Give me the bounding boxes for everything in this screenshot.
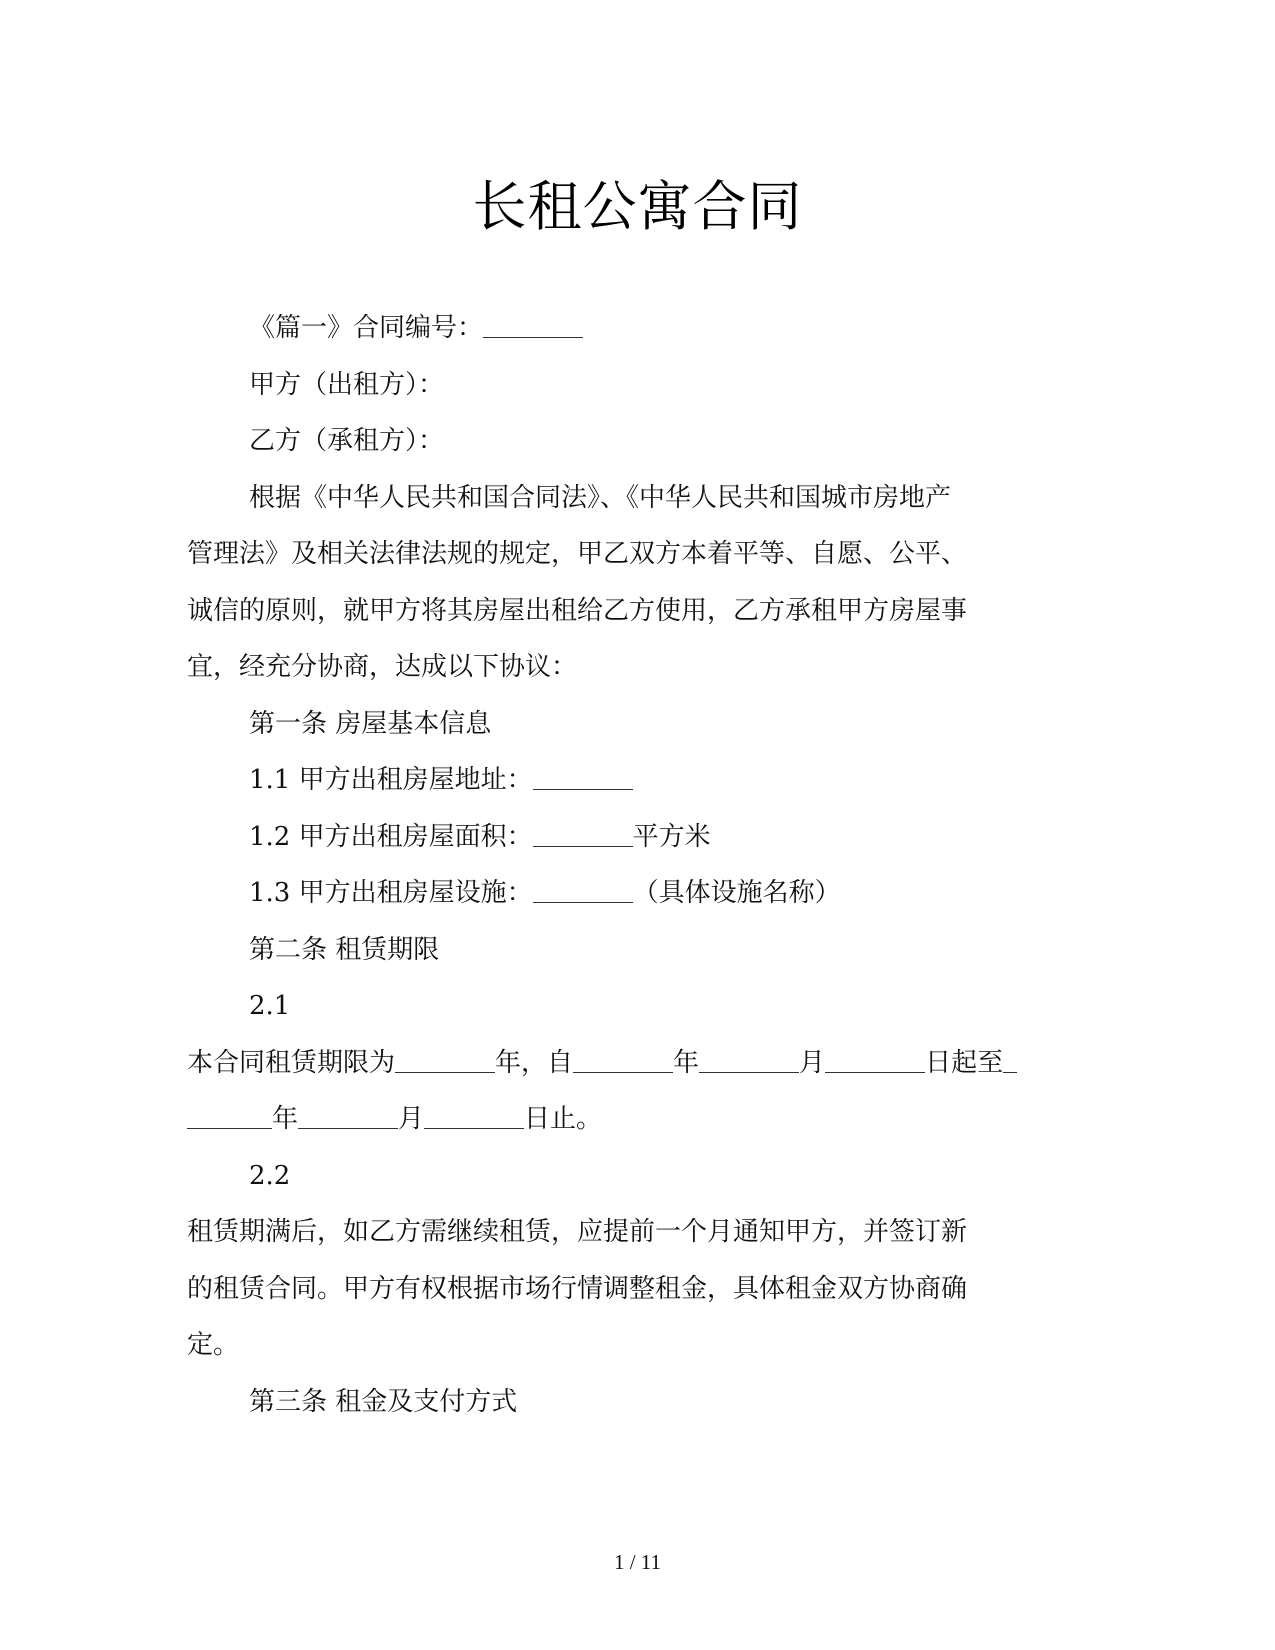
item-2-2-line: 租赁期满后，如乙方需继续租赁，应提前一个月通知甲方，并签订新: [187, 1204, 1067, 1261]
item-1-1: 1.1 甲方出租房屋地址：: [187, 752, 1067, 809]
document-page: 长租公寓合同 《篇一》合同编号： 甲方（出租方）： 乙方（承租方）： 根据《中华…: [0, 0, 1275, 1650]
item-1-3-label: 1.3 甲方出租房屋设施：: [249, 878, 533, 908]
preamble-line: 管理法》及相关法律法规的规定，甲乙双方本着平等、自愿、公平、: [187, 526, 1067, 583]
text-segment: 日止。: [524, 1104, 602, 1134]
article-3-heading: 第三条 租金及支付方式: [187, 1374, 1067, 1431]
item-2-2-number: 2.2: [187, 1148, 1067, 1205]
article-1-heading: 第一条 房屋基本信息: [187, 696, 1067, 753]
item-1-3-suffix: （具体设施名称）: [633, 878, 841, 908]
end-year-blank-start[interactable]: [1003, 1050, 1017, 1073]
text-segment: 年: [673, 1048, 699, 1078]
start-year-blank[interactable]: [573, 1050, 673, 1073]
item-1-2: 1.2 甲方出租房屋面积：平方米: [187, 809, 1067, 866]
text-segment: 日起至: [925, 1048, 1003, 1078]
lease-term-label: 本合同租赁期限为: [187, 1048, 395, 1078]
contract-number-line: 《篇一》合同编号：: [187, 300, 1067, 357]
article-2-heading: 第二条 租赁期限: [187, 922, 1067, 979]
item-2-2-line: 的租赁合同。甲方有权根据市场行情调整租金，具体租金双方协商确: [187, 1261, 1067, 1318]
address-blank[interactable]: [533, 767, 633, 790]
text-segment: 月: [398, 1104, 424, 1134]
start-month-blank[interactable]: [699, 1050, 799, 1073]
item-1-2-label: 1.2 甲方出租房屋面积：: [249, 822, 533, 852]
item-1-2-suffix: 平方米: [633, 822, 711, 852]
text-segment: 月: [799, 1048, 825, 1078]
item-1-3: 1.3 甲方出租房屋设施：（具体设施名称）: [187, 865, 1067, 922]
document-title: 长租公寓合同: [0, 172, 1275, 242]
end-year-blank[interactable]: [187, 1106, 272, 1129]
page-number: 1 / 11: [0, 1550, 1275, 1575]
contract-number-label: 《篇一》合同编号：: [249, 313, 483, 343]
end-month-blank[interactable]: [298, 1106, 398, 1129]
text-segment: 年，自: [495, 1048, 573, 1078]
item-1-1-label: 1.1 甲方出租房屋地址：: [249, 765, 533, 795]
preamble-line: 宜，经充分协商，达成以下协议：: [187, 639, 1067, 696]
party-a-line: 甲方（出租方）：: [187, 357, 1067, 414]
item-2-1-number: 2.1: [187, 978, 1067, 1035]
area-blank[interactable]: [533, 824, 633, 847]
facilities-blank[interactable]: [533, 880, 633, 903]
party-b-line: 乙方（承租方）：: [187, 413, 1067, 470]
lease-years-blank[interactable]: [395, 1050, 495, 1073]
end-day-blank[interactable]: [424, 1106, 524, 1129]
contract-number-blank[interactable]: [483, 315, 583, 338]
preamble-line: 根据《中华人民共和国合同法》、《中华人民共和国城市房地产: [187, 470, 1067, 527]
start-day-blank[interactable]: [825, 1050, 925, 1073]
item-2-1-line-1: 本合同租赁期限为年，自年月日起至: [187, 1035, 1067, 1092]
text-segment: 年: [272, 1104, 298, 1134]
item-2-2-line: 定。: [187, 1317, 1067, 1374]
item-2-1-line-2: 年月日止。: [187, 1091, 1067, 1148]
document-body: 《篇一》合同编号： 甲方（出租方）： 乙方（承租方）： 根据《中华人民共和国合同…: [187, 300, 1067, 1430]
preamble-line: 诚信的原则，就甲方将其房屋出租给乙方使用，乙方承租甲方房屋事: [187, 583, 1067, 640]
